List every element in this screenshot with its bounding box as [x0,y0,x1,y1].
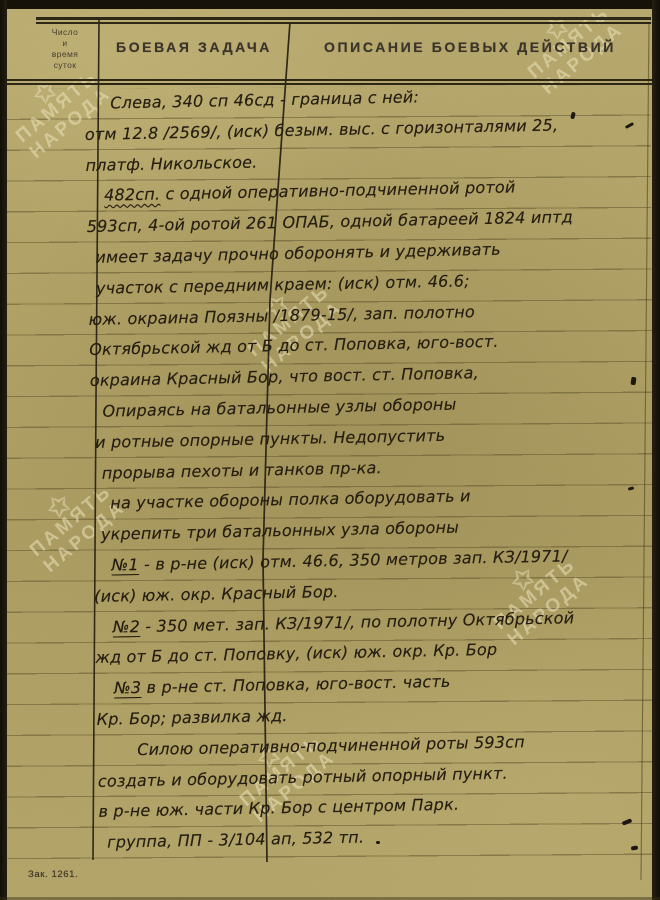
underlined-text: 482сп. [104,185,160,205]
top-double-rule [36,22,651,24]
scan-border-right [652,0,660,900]
top-double-rule [36,17,651,20]
ink-mark [376,841,380,844]
scan-border-top [0,0,660,9]
underlined-text: №2 [113,617,141,637]
datetime-word: суток [38,60,92,71]
handwritten-entry: Слева, 340 сп 46сд - граница с ней:отм 1… [84,78,660,859]
combat-actions-column-header: ОПИСАНИЕ БОЕВЫХ ДЕЙСТВИЙ [294,39,646,55]
underlined-text: №3 [114,678,142,698]
scan-border-left [0,0,7,900]
datetime-column-header: Число и время суток [38,27,92,71]
scanned-journal-page: Число и время суток БОЕВАЯ ЗАДАЧА ОПИСАН… [0,0,660,900]
datetime-word: Число [38,27,92,38]
combat-task-column-header: БОЕВАЯ ЗАДАЧА [100,39,288,55]
datetime-word: и [38,38,92,49]
underlined-text: №1 [111,555,139,575]
datetime-word: время [38,49,92,60]
print-order-stamp: Зак. 1261. [28,869,78,880]
